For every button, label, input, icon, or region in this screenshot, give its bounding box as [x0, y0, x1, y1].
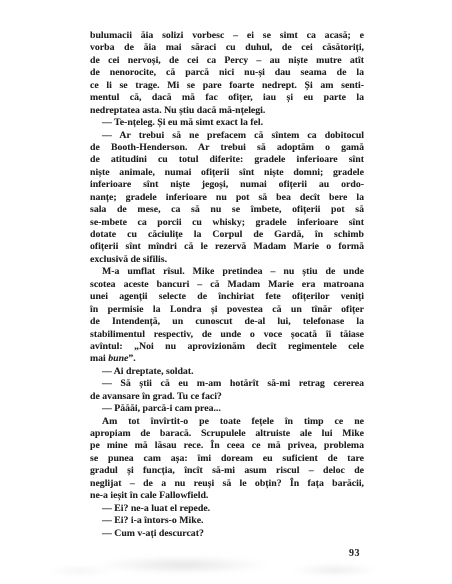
text-line: unei agenții selecte de închiriat fete o… — [90, 291, 364, 303]
dialogue-line: — Păăăi, parcă-i cam prea... — [90, 403, 364, 415]
dialogue-line: — Ei? ne-a luat el repede. — [90, 503, 364, 515]
text-line: vorba de ăia mai săraci cu duhul, de cei… — [90, 42, 364, 54]
text-line: exclusivă de sifilis. — [90, 254, 364, 266]
text-line: în permisie la Londra și povestea că un … — [90, 304, 364, 316]
text-line: bulumacii ăia solizi vorbesc – ei se sim… — [90, 30, 364, 42]
text-line: dotate cu căciulițe la Corpul de Gardă, … — [90, 229, 364, 241]
text-line: mai bune”. — [90, 353, 364, 365]
text-line: stabilimentul respectiv, de unde o voce … — [90, 329, 364, 341]
text-line: avîntul: „Noi nu aprovizionăm decît regi… — [90, 341, 364, 353]
text-line: ofițerii sînt mîndri că le rezervă Madam… — [90, 241, 364, 253]
text-line: de cei nervoși, de cei ca Percy – au niș… — [90, 55, 364, 67]
dialogue-line: — Te-nțeleg. Și eu mă simt exact la fel. — [90, 117, 364, 129]
text-line: Am tot învîrtit-o pe toate fețele în tim… — [90, 416, 364, 428]
dialogue-line: — Ei? i-a întors-o Mike. — [90, 515, 364, 527]
text-line: inferioare sînt niște jegoși, numai ofiț… — [90, 179, 364, 191]
text-line: se-mbete ca porcii cu whisky; gradele in… — [90, 217, 364, 229]
dialogue-line: — Ai dreptate, soldat. — [90, 366, 364, 378]
text-line: scotea aceste bancuri – că Madam Marie e… — [90, 279, 364, 291]
text-block: bulumacii ăia solizi vorbesc – ei se sim… — [90, 30, 364, 540]
text-line: pe mine mă lăsau rece. În ceea ce mă pri… — [90, 440, 364, 452]
dialogue-line: — Cum v-ați descurcat? — [90, 528, 364, 540]
page-number: 93 — [90, 548, 360, 559]
dialogue-line: — Ar trebui să ne prefacem că sîntem ca … — [90, 130, 364, 142]
text-line: nedreptatea asta. Nu știu dacă mă-nțeleg… — [90, 105, 364, 117]
text-line: de Intendență, un cunoscut de-al lui, te… — [90, 316, 364, 328]
text-line: nanțe; gradele inferioare nu pot să bea … — [90, 192, 364, 204]
dialogue-line: — Să știi că eu m-am hotărît să-mi retra… — [90, 378, 364, 390]
text-line: de nenorocite, că parcă nici nu-și dau s… — [90, 67, 364, 79]
book-page: bulumacii ăia solizi vorbesc – ei se sim… — [0, 0, 452, 584]
scan-artifact — [292, 564, 377, 576]
text-line: neglijat – de a nu reuși să le obțin? În… — [90, 478, 364, 490]
text-line: mentul că, dacă mă fac ofițer, iau și eu… — [90, 92, 364, 104]
text-line: se punea cam așa: îmi doream eu suficien… — [90, 453, 364, 465]
text-line: ne-a ieșit în cale Fallowfield. — [90, 490, 364, 502]
scan-artifact — [45, 566, 115, 576]
text-line: apropiam de baracă. Scrupulele altruiste… — [90, 428, 364, 440]
text-line: sala de mese, ca să nu se îmbete, ofițer… — [90, 204, 364, 216]
text-line: M-a umflat rîsul. Mike pretindea – nu șt… — [90, 266, 364, 278]
text-line: de avansare în grad. Tu ce faci? — [90, 391, 364, 403]
text-line: gradul și funcția, încît să-mi asum risc… — [90, 465, 364, 477]
text-line: de atitudini cu totul diferite: gradele … — [90, 154, 364, 166]
text-line: ce li se trage. Mi se pare foarte nedrep… — [90, 80, 364, 92]
text-line: de Booth-Henderson. Ar trebui să adoptăm… — [90, 142, 364, 154]
text-line: niște animale, numai ofițerii sînt niște… — [90, 167, 364, 179]
